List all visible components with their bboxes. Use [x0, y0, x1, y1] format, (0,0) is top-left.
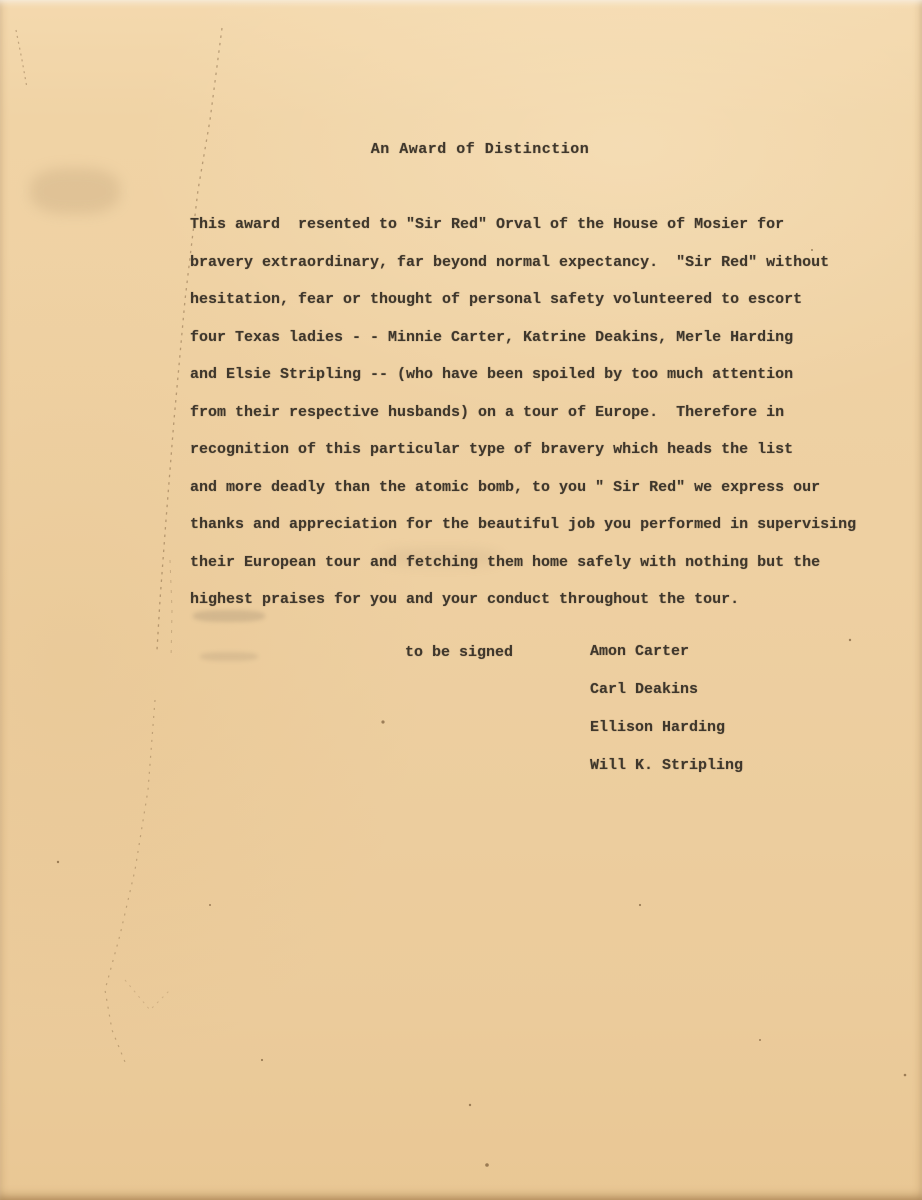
body-line-3: hesitation, fear or thought of personal … [190, 281, 890, 319]
signature-instruction: to be signed [405, 643, 513, 663]
crease-line-side [170, 560, 172, 660]
signatory-name-3: Ellison Harding [590, 709, 743, 747]
body-line-5: and Elsie Stripling -- (who have been sp… [190, 356, 890, 394]
body-line-6: from their respective husbands) on a tou… [190, 394, 890, 432]
scratch-mark [125, 980, 170, 1010]
body-line-11: highest praises for you and your conduct… [190, 581, 890, 619]
body-line-8: and more deadly than the atomic bomb, to… [190, 469, 890, 507]
pencil-smudge [200, 652, 258, 661]
scanned-document-page: An Award of Distinction This award resen… [0, 0, 922, 1200]
body-line-7: recognition of this particular type of b… [190, 431, 890, 469]
document-title: An Award of Distinction [190, 141, 770, 158]
crease-line-lower [105, 700, 155, 1062]
body-line-10: their European tour and fetching them ho… [190, 544, 890, 582]
signatory-name-1: Amon Carter [590, 633, 743, 671]
body-line-1: This award resented to "Sir Red" Orval o… [190, 206, 890, 244]
crease-line-corner [16, 30, 27, 88]
body-line-2: bravery extraordinary, far beyond normal… [190, 244, 890, 282]
body-line-4: four Texas ladies - - Minnie Carter, Kat… [190, 319, 890, 357]
paper-stain [30, 168, 120, 214]
body-line-9: thanks and appreciation for the beautifu… [190, 506, 890, 544]
signature-block: Amon Carter Carl Deakins Ellison Harding… [590, 633, 743, 785]
signatory-name-2: Carl Deakins [590, 671, 743, 709]
signatory-name-4: Will K. Stripling [590, 747, 743, 785]
document-body: This award resented to "Sir Red" Orval o… [190, 206, 890, 619]
